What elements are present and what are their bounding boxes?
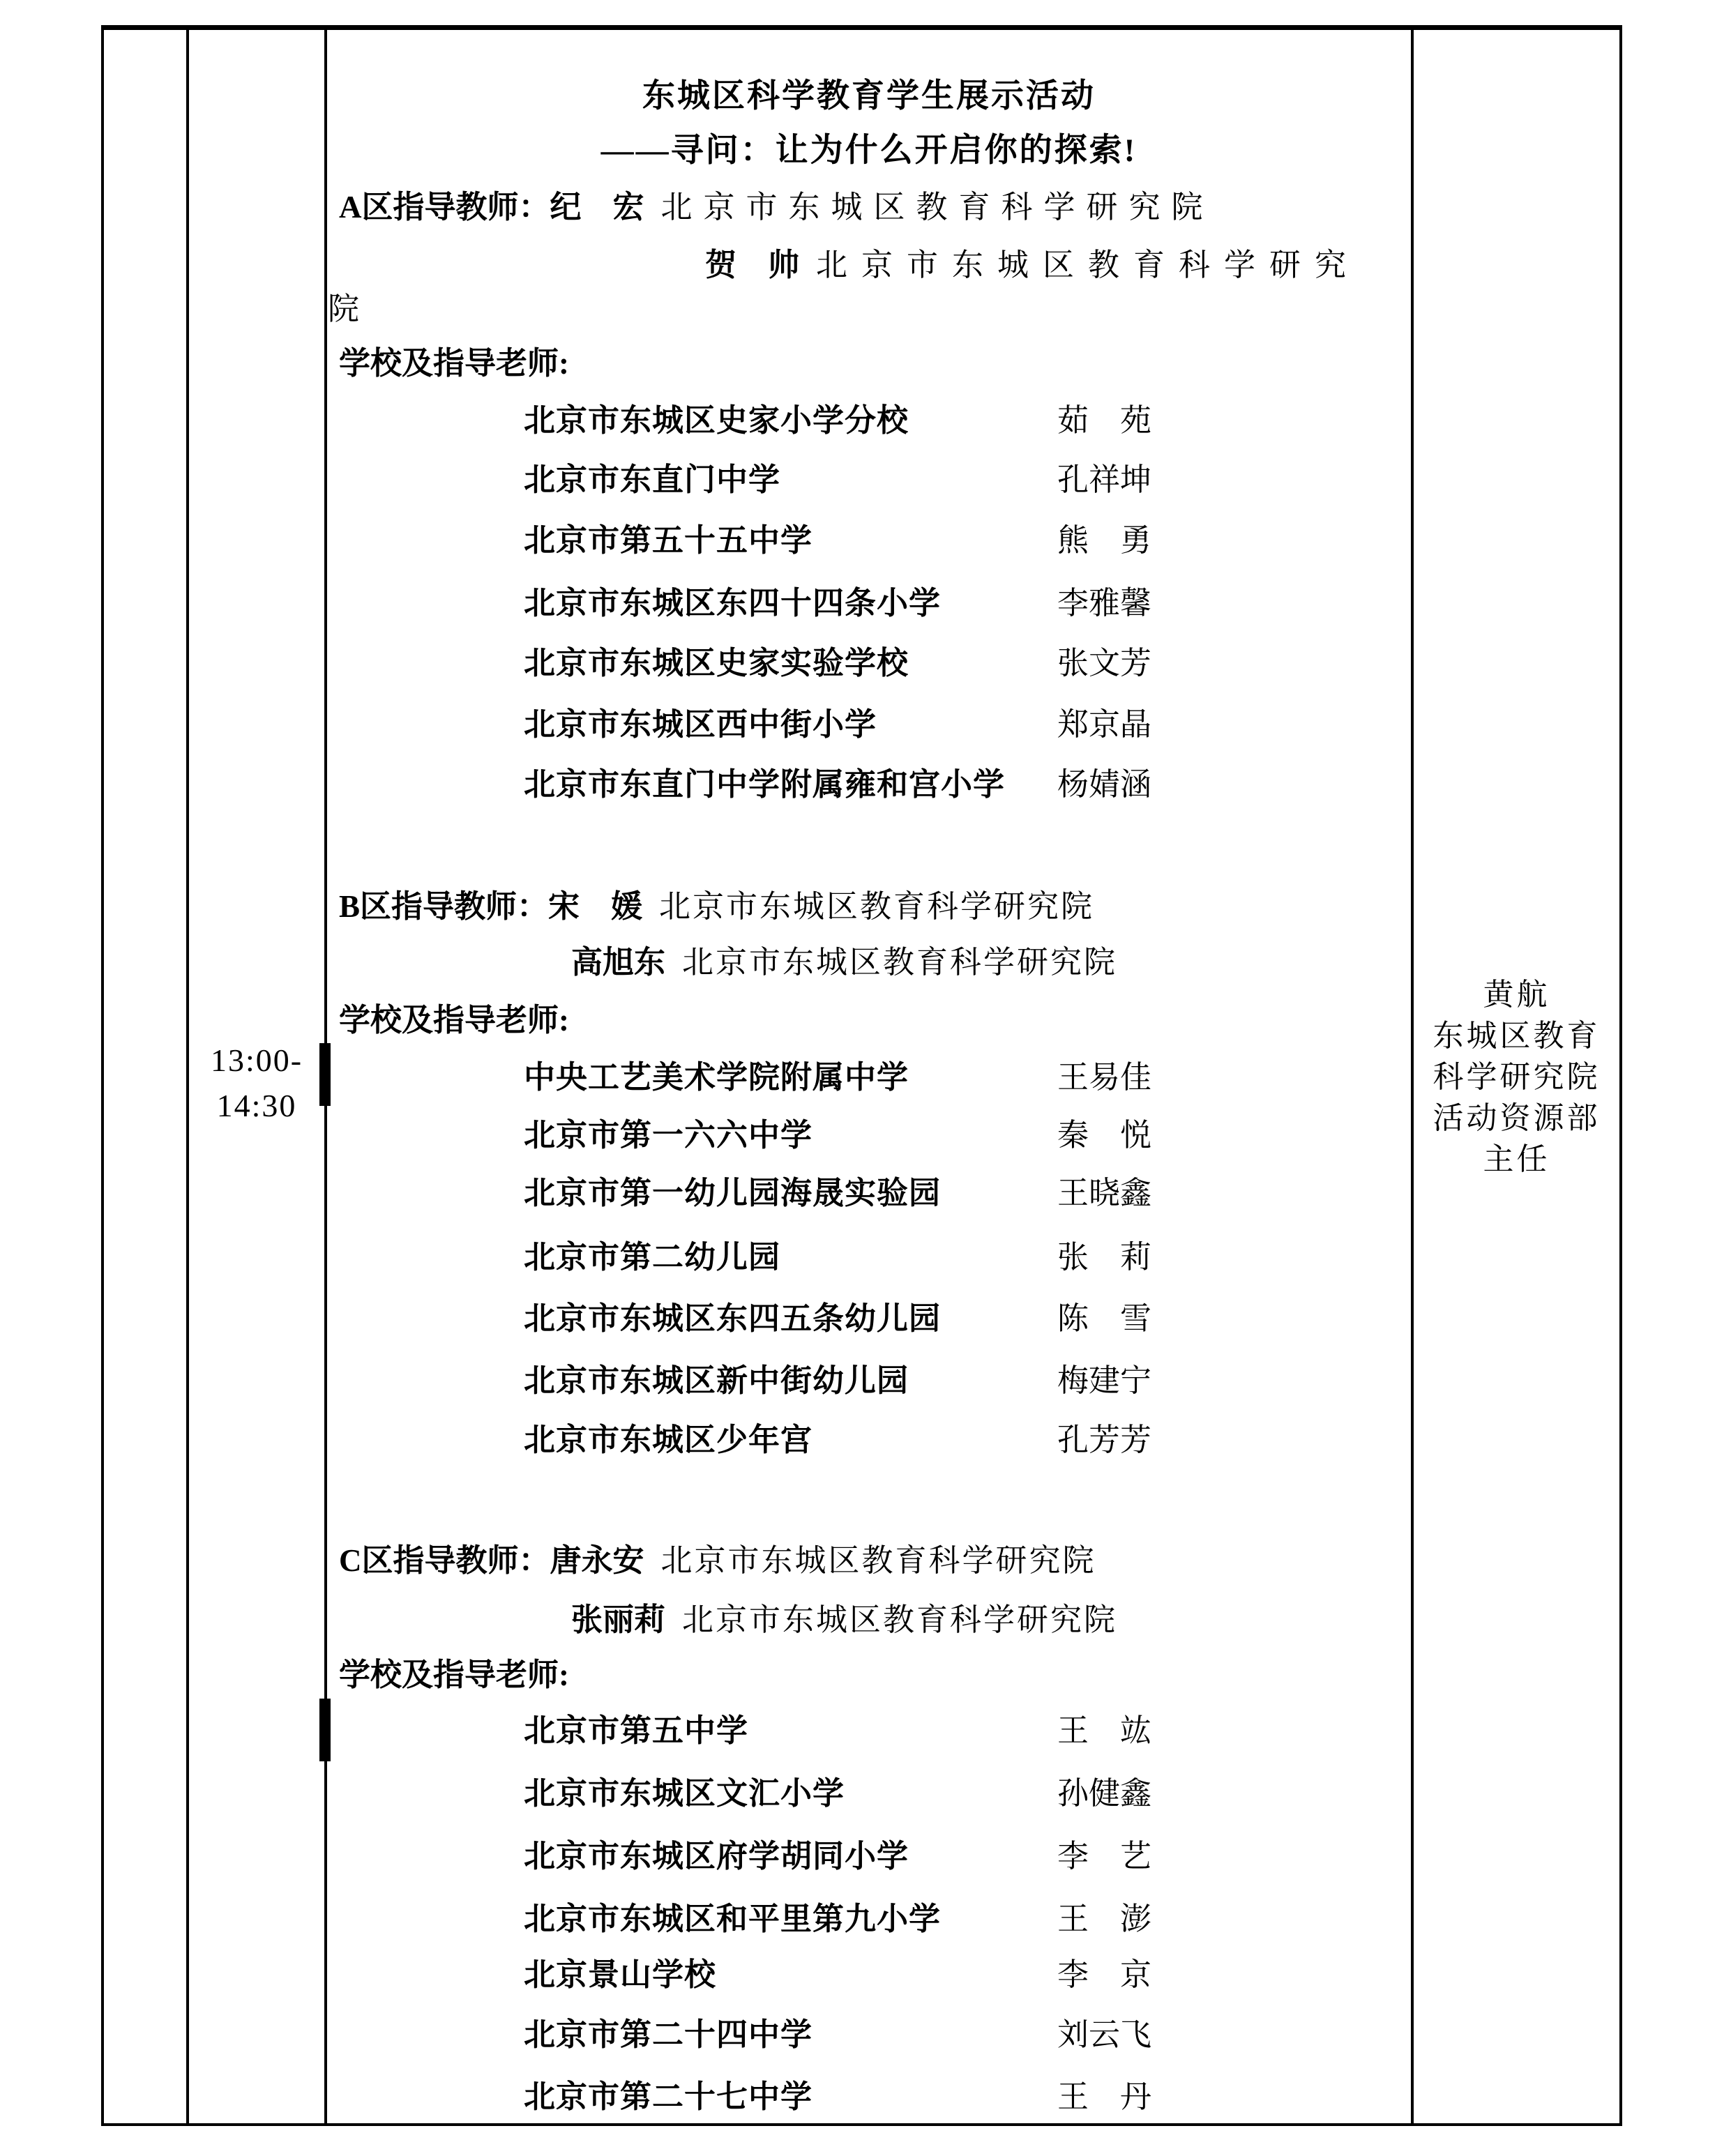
section-b-head-teachers: B区指导教师：宋 媛 [339,889,642,924]
school-name: 北京市第五中学 [524,1711,748,1750]
teacher-name: 孙健鑫 [1057,1774,1151,1813]
school-name: 北京市东城区西中街小学 [524,705,877,744]
school-name: 北京市东城区新中街幼儿园 [524,1361,909,1400]
teacher-name: 茹 苑 [1057,401,1151,440]
teacher-name: 郑京晶 [1057,705,1151,744]
teacher-name: 杨婧涵 [1057,765,1151,804]
school-name: 北京市第五十五中学 [524,521,812,560]
teacher-name: 刘云飞 [1057,2015,1151,2054]
school-row: 北京市东城区府学胡同小学李 艺 [327,1837,1411,1876]
host-title-line: 东城区教育 [1433,1015,1601,1056]
section-b-head2: 高旭东北京市东城区教育科学研究院 [571,943,1655,982]
teacher-name: 张文芳 [1057,644,1151,683]
school-name: 北京市东城区府学胡同小学 [524,1837,909,1876]
school-name: 中央工艺美术学院附属中学 [524,1058,909,1097]
section-c-label: 学校及指导老师: [339,1655,1423,1694]
school-name: 北京市第一幼儿园海晟实验园 [524,1174,941,1213]
teacher-name: 陈 雪 [1057,1299,1151,1338]
school-name: 北京市东直门中学 [524,460,780,499]
school-row: 北京市第五中学王 竑 [327,1711,1411,1750]
section-b-head2-institute: 北京市东城区教育科学研究院 [682,945,1117,980]
school-row: 北京市东城区和平里第九小学王 澎 [327,1899,1411,1938]
school-row: 北京市第一六六中学秦 悦 [327,1116,1411,1155]
section-a-head2-institute: 北京市东城区教育科学研究 [816,248,1360,282]
section-c-head: C区指导教师：唐永安北京市东城区教育科学研究院 [339,1541,1423,1580]
teacher-name: 李雅馨 [1057,584,1151,623]
school-row: 北京市第二幼儿园张 莉 [327,1238,1411,1277]
time-start: 13:00- [211,1038,303,1083]
teacher-name: 张 莉 [1057,1238,1151,1277]
teacher-name: 李 京 [1057,1955,1151,1994]
section-a-wrap-char: 院 [328,289,1412,328]
school-row: 北京市东城区西中街小学郑京晶 [327,705,1411,744]
document-page: 13:00- 14:30 东城区科学教育学生展示活动 ——寻问：让为什么开启你的… [0,0,1731,2156]
school-row: 北京市东城区东四五条幼儿园陈 雪 [327,1299,1411,1338]
section-a-label: 学校及指导老师: [339,344,1423,383]
school-name: 北京市第二十七中学 [524,2077,812,2116]
school-row: 北京市第五十五中学熊 勇 [327,521,1411,560]
teacher-name: 孔祥坤 [1057,460,1151,499]
teacher-name: 王晓鑫 [1057,1174,1151,1213]
school-name: 北京景山学校 [524,1955,716,1994]
school-name: 北京市东城区文汇小学 [524,1774,845,1813]
section-a-head-teachers: A区指导教师：纪 宏 [339,190,644,225]
school-row: 北京市第一幼儿园海晟实验园王晓鑫 [327,1174,1411,1213]
teacher-name: 梅建宁 [1057,1361,1151,1400]
host-title-line: 主任 [1483,1139,1550,1180]
section-a-head2-teacher: 贺 帅 [705,248,799,282]
school-name: 北京市东城区史家小学分校 [524,401,909,440]
empty-column-cell [104,30,189,2123]
teacher-name: 熊 勇 [1057,521,1151,560]
section-c-head-teachers: C区指导教师：唐永安 [339,1543,644,1578]
school-name: 北京市东城区和平里第九小学 [524,1899,941,1938]
teacher-name: 李 艺 [1057,1837,1151,1876]
school-name: 北京市东城区史家实验学校 [524,644,909,683]
teacher-name: 王 丹 [1057,2077,1151,2116]
section-c-head2-teacher: 张丽莉 [571,1602,665,1637]
school-row: 北京市东城区新中街幼儿园梅建宁 [327,1361,1411,1400]
host-title-line: 活动资源部 [1433,1098,1601,1139]
section-c-head2-institute: 北京市东城区教育科学研究院 [682,1602,1117,1637]
section-c-head-institute: 北京市东城区教育科学研究院 [661,1543,1096,1578]
school-row: 北京市东城区文汇小学孙健鑫 [327,1774,1411,1813]
school-name: 北京市第二十四中学 [524,2015,812,2054]
event-title: 东城区科学教育学生展示活动 [327,77,1411,116]
event-subtitle: ——寻问：让为什么开启你的探索! [327,131,1411,170]
school-row: 北京市东城区史家实验学校张文芳 [327,644,1411,683]
teacher-name: 王易佳 [1057,1058,1151,1097]
teacher-name: 王 澎 [1057,1899,1151,1938]
host-cell: 黄航 东城区教育 科学研究院 活动资源部 主任 [1414,30,1619,2123]
section-a-head-institute: 北京市东城区教育科学研究院 [661,190,1214,225]
school-name: 北京市第一六六中学 [524,1116,812,1155]
section-b-head2-teacher: 高旭东 [571,945,665,980]
school-name: 北京市东城区东四五条幼儿园 [524,1299,941,1338]
section-b-label: 学校及指导老师: [339,1001,1423,1040]
teacher-name: 秦 悦 [1057,1116,1151,1155]
section-a-head2: 贺 帅北京市东城区教育科学研究 [705,245,1731,284]
time-end: 14:30 [217,1083,297,1128]
school-row: 中央工艺美术学院附属中学王易佳 [327,1058,1411,1097]
school-name: 北京市东直门中学附属雍和宫小学 [524,765,1005,804]
school-row: 北京市第二十七中学王 丹 [327,2077,1411,2116]
school-row: 北京市东直门中学孔祥坤 [327,460,1411,499]
school-name: 北京市第二幼儿园 [524,1238,780,1277]
section-c-head2: 张丽莉北京市东城区教育科学研究院 [571,1600,1655,1639]
content-cell: 东城区科学教育学生展示活动 ——寻问：让为什么开启你的探索! A区指导教师：纪 … [327,30,1414,2123]
school-row: 北京景山学校李 京 [327,1955,1411,1994]
school-row: 北京市东城区史家小学分校茹 苑 [327,401,1411,440]
school-name: 北京市东城区东四十四条小学 [524,584,941,623]
section-b-head-institute: 北京市东城区教育科学研究院 [659,889,1094,924]
school-row: 北京市东城区少年宫孔芳芳 [327,1420,1411,1459]
revision-bar [319,1043,331,1106]
host-title-line: 科学研究院 [1433,1056,1601,1098]
school-row: 北京市第二十四中学刘云飞 [327,2015,1411,2054]
school-name: 北京市东城区少年宫 [524,1420,812,1459]
section-a-head: A区指导教师：纪 宏北京市东城区教育科学研究院 [339,188,1423,227]
school-row: 北京市东直门中学附属雍和宫小学杨婧涵 [327,765,1411,804]
teacher-name: 王 竑 [1057,1711,1151,1750]
time-cell: 13:00- 14:30 [189,30,327,2123]
school-row: 北京市东城区东四十四条小学李雅馨 [327,584,1411,623]
teacher-name: 孔芳芳 [1057,1420,1151,1459]
section-b-head: B区指导教师：宋 媛北京市东城区教育科学研究院 [339,887,1423,926]
revision-bar [319,1699,331,1761]
